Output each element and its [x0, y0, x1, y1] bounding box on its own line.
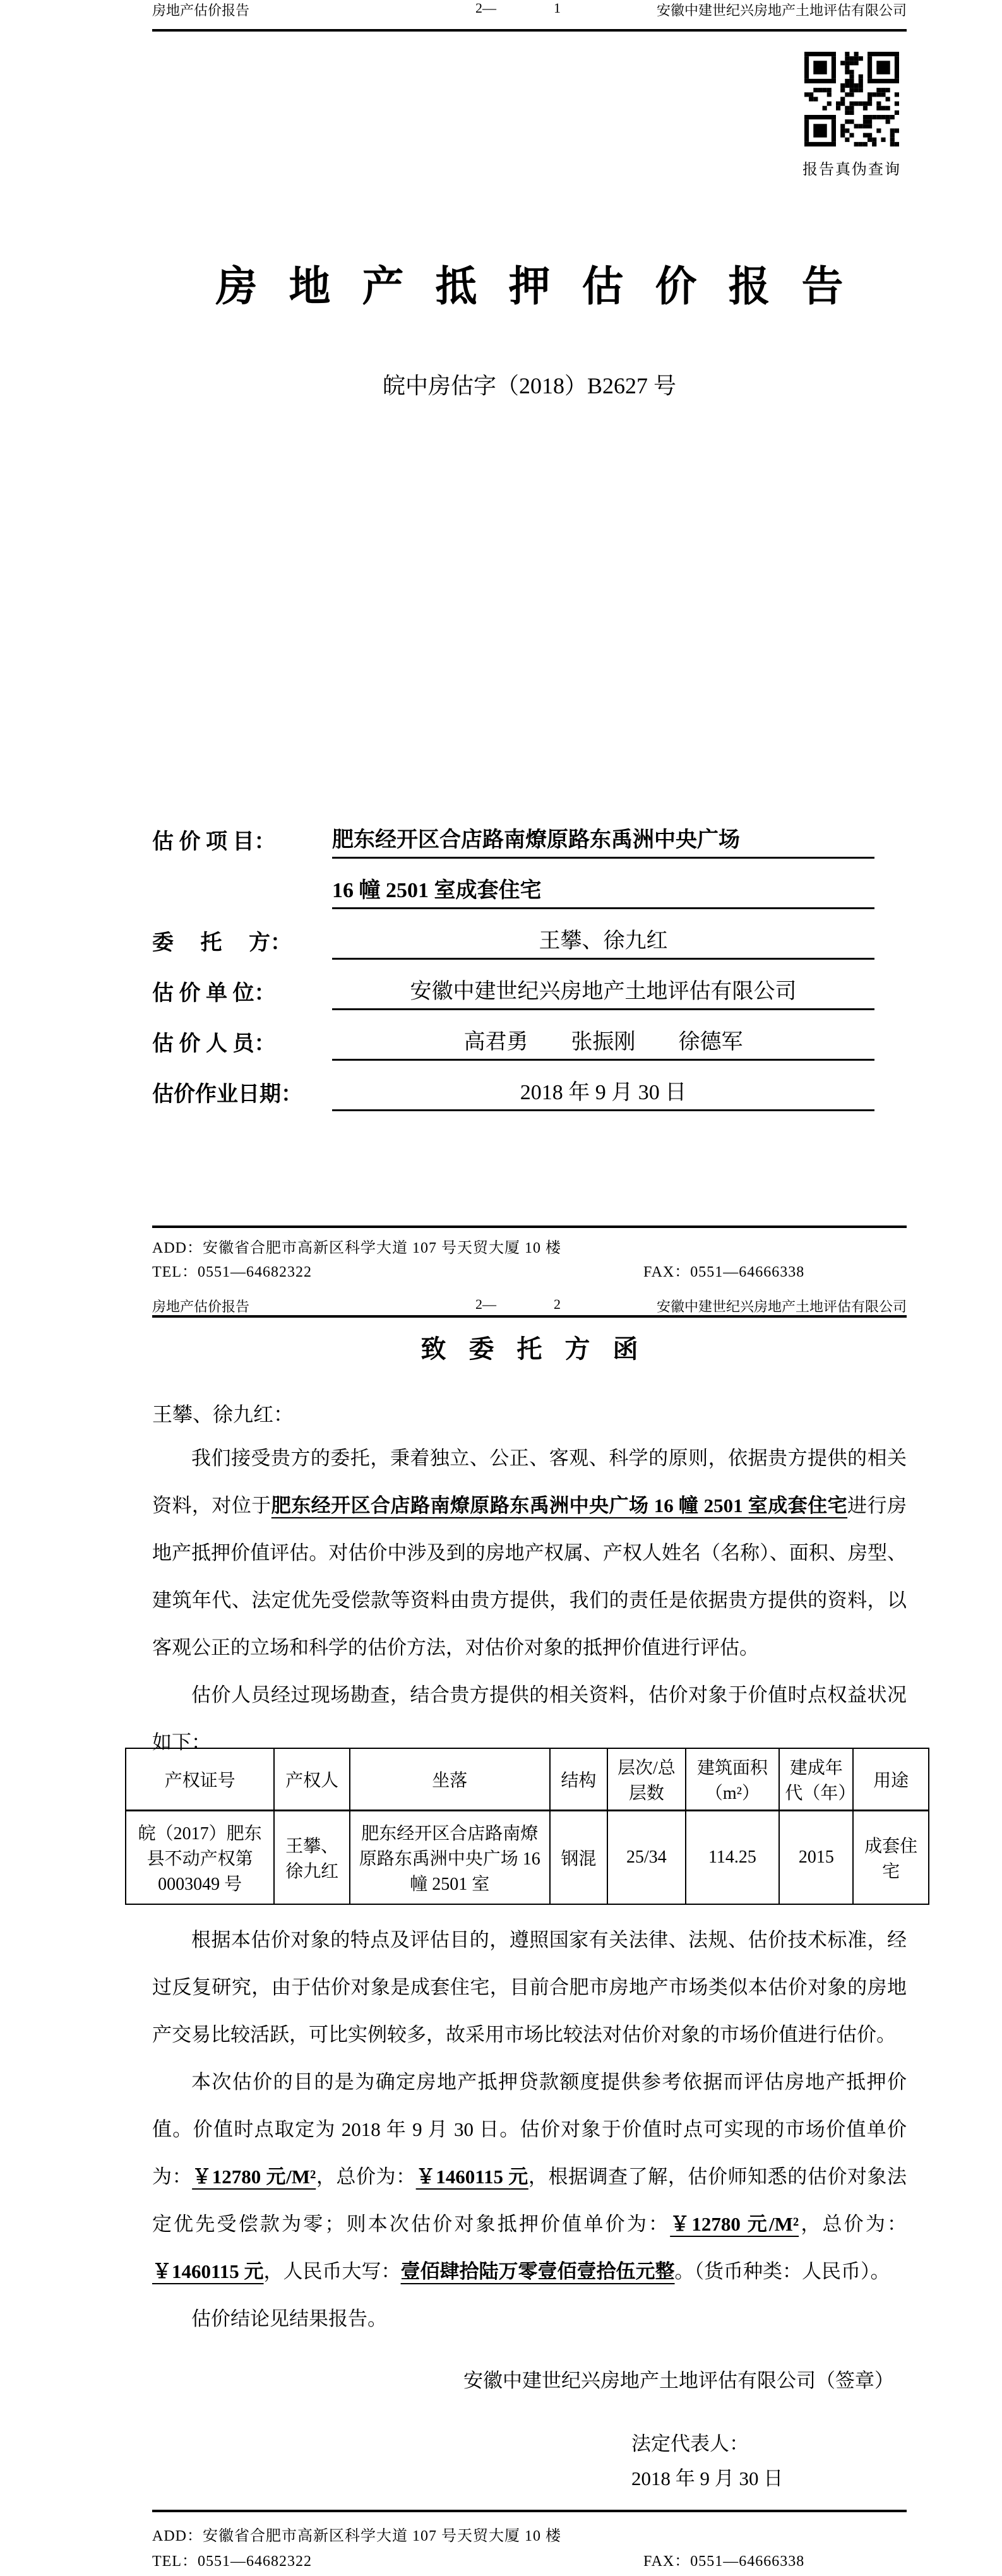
letter-title: 致委托方函 — [152, 1329, 907, 1365]
table-cell: 钢混 — [550, 1811, 608, 1905]
page1-running-header: 房地产估价报告 2— 1 安徽中建世纪兴房地产土地评估有限公司 — [152, 0, 907, 20]
qr-caption: 报告真伪查询 — [801, 157, 903, 179]
paragraph: 根据本估价对象的特点及评估目的，遵照国家有关法律、法规、估价技术标准，经过反复研… — [152, 1916, 907, 2058]
table-cell: 成套住宅 — [853, 1811, 929, 1905]
field-agency-value: 安徽中建世纪兴房地产土地评估有限公司 — [332, 974, 874, 1010]
header-rule — [152, 29, 907, 32]
field-project-cont: 16 幢 2501 室成套住宅 — [152, 859, 874, 909]
closing-date: 2018 年 9 月 30 日 — [631, 2462, 783, 2491]
footer-address: ADD：安徽省合肥市高新区科学大道 107 号天贸大厦 10 楼 — [152, 2523, 907, 2545]
emphasized-text: 肥东经开区合店路南燎原路东禹洲中央广场 16 幢 2501 室成套住宅 — [271, 1494, 847, 1517]
text: 进行房地产抵押价值评估。对估价中涉及到的房地产权属、产权人姓名（名称）、面积、房… — [152, 1494, 907, 1659]
table-header-cell: 建成年代（年） — [779, 1748, 853, 1811]
letter-body-before-table: 我们接受贵方的委托，秉着独立、公正、客观、科学的原则，依据贵方提供的相关资料，对… — [152, 1434, 907, 1766]
table-cell: 王攀、徐九红 — [274, 1811, 350, 1905]
field-agency-label: 估 价 单 位： — [152, 975, 332, 1010]
property-rights-table: 产权证号产权人坐落结构层次/总层数建筑面积（m²）建成年代（年）用途 皖（201… — [125, 1748, 929, 1905]
text: ，总价为： — [316, 2166, 415, 2188]
field-appraisers: 估 价 人 员： 高君勇 张振刚 徐德军 — [152, 1010, 874, 1061]
table-header-cell: 坐落 — [350, 1748, 550, 1811]
paragraph: 估价结论见结果报告。 — [152, 2295, 907, 2342]
field-appraisers-value: 高君勇 张振刚 徐德军 — [332, 1024, 874, 1061]
table-header-cell: 产权证号 — [126, 1748, 274, 1811]
field-client-value: 王攀、徐九红 — [332, 923, 874, 960]
table-header-cell: 层次/总层数 — [607, 1748, 685, 1811]
page-2: 房地产估价报告 2— 2 安徽中建世纪兴房地产土地评估有限公司 致委托方函 王攀… — [0, 1294, 1002, 2576]
field-agency: 估 价 单 位： 安徽中建世纪兴房地产土地评估有限公司 — [152, 960, 874, 1010]
field-project-value-line2: 16 幢 2501 室成套住宅 — [332, 873, 874, 909]
report-document: { "page1": { "header": { "doc_label": "房… — [0, 0, 1002, 2576]
header-company-name: 安徽中建世纪兴房地产土地评估有限公司 — [657, 1296, 907, 1316]
header-company-name: 安徽中建世纪兴房地产土地评估有限公司 — [657, 0, 907, 20]
table-cell: 25/34 — [607, 1811, 685, 1905]
text: 估价结论见结果报告。 — [191, 2308, 387, 2330]
header-page-prefix: 2— — [475, 0, 496, 16]
footer-tel: TEL：0551—64682322 — [152, 1264, 312, 1280]
report-number: 皖中房估字（2018）B2627 号 — [152, 368, 907, 400]
table-header-cell: 结构 — [550, 1748, 608, 1811]
emphasized-text: 壹佰肆拾陆万零壹佰壹拾伍元整 — [401, 2260, 675, 2282]
field-date-label: 估价作业日期： — [152, 1076, 332, 1111]
letter-body-after-table: 根据本估价对象的特点及评估目的，遵照国家有关法律、法规、估价技术标准，经过反复研… — [152, 1916, 907, 2342]
table-header-cell: 产权人 — [274, 1748, 350, 1811]
text: 估价人员经过现场勘查，结合贵方提供的相关资料，估价对象于价值时点权益状况如下： — [152, 1684, 907, 1753]
field-project-value-line1: 肥东经开区合店路南燎原路东禹洲中央广场 — [332, 822, 874, 859]
page2-running-header: 房地产估价报告 2— 2 安徽中建世纪兴房地产土地评估有限公司 — [152, 1296, 907, 1316]
footer-telfax: TEL：0551—64682322 FAX：0551—64666338 — [152, 1259, 907, 1281]
field-client-label: 委 托 方： — [152, 925, 332, 960]
table-row: 皖（2017）肥东县不动产权第 0003049 号王攀、徐九红肥东经开区合店路南… — [126, 1811, 929, 1905]
paragraph: 我们接受贵方的委托，秉着独立、公正、客观、科学的原则，依据贵方提供的相关资料，对… — [152, 1434, 907, 1671]
field-project-label-spacer — [152, 905, 332, 909]
table-cell: 皖（2017）肥东县不动产权第 0003049 号 — [126, 1811, 274, 1905]
table-cell: 2015 — [779, 1811, 853, 1905]
emphasized-text: ￥12780 元/M² — [670, 2213, 799, 2235]
footer-tel: TEL：0551—64682322 — [152, 2553, 312, 2570]
footer-rule — [152, 1225, 907, 1228]
table-header-cell: 建筑面积（m²） — [686, 1748, 780, 1811]
footer-fax: FAX：0551—64666338 — [643, 2548, 804, 2570]
footer-rule — [152, 2510, 907, 2512]
header-doc-label: 房地产估价报告 — [152, 1296, 249, 1316]
letter-salutation: 王攀、徐九红： — [152, 1398, 294, 1428]
field-date-value: 2018 年 9 月 30 日 — [332, 1075, 874, 1111]
table-header-cell: 用途 — [853, 1748, 929, 1811]
text: 。（货币种类：人民币）。 — [675, 2260, 890, 2282]
report-title: 房地产抵押估价报告 — [152, 253, 907, 313]
cover-fields: 估 价 项 目： 肥东经开区合店路南燎原路东禹洲中央广场 16 幢 2501 室… — [152, 808, 874, 1111]
closing-legal-representative: 法定代表人： — [631, 2428, 749, 2456]
emphasized-text: ￥12780 元/M² — [192, 2166, 316, 2188]
footer-fax: FAX：0551—64666338 — [643, 1259, 804, 1281]
page-1: 房地产估价报告 2— 1 安徽中建世纪兴房地产土地评估有限公司 报告真伪查询 房… — [0, 0, 1002, 1294]
field-project-label: 估 价 项 目： — [152, 824, 332, 859]
footer-address: ADD：安徽省合肥市高新区科学大道 107 号天贸大厦 10 楼 — [152, 1235, 907, 1257]
table-cell: 114.25 — [686, 1811, 780, 1905]
text: 根据本估价对象的特点及评估目的，遵照国家有关法律、法规、估价技术标准，经过反复研… — [152, 1929, 907, 2046]
header-doc-label: 房地产估价报告 — [152, 0, 249, 20]
field-project: 估 价 项 目： 肥东经开区合店路南燎原路东禹洲中央广场 — [152, 808, 874, 859]
table-body: 皖（2017）肥东县不动产权第 0003049 号王攀、徐九红肥东经开区合店路南… — [126, 1811, 929, 1905]
qr-code-image — [804, 52, 899, 146]
closing-company-seal: 安徽中建世纪兴房地产土地评估有限公司（签章） — [152, 2364, 907, 2393]
header-page-number: 2 — [554, 1296, 561, 1313]
paragraph: 本次估价的目的是为确定房地产抵押贷款额度提供参考依据而评估房地产抵押价值。价值时… — [152, 2058, 907, 2295]
header-page-number: 1 — [554, 0, 561, 16]
field-client: 委 托 方： 王攀、徐九红 — [152, 909, 874, 960]
text: ，总价为： — [799, 2213, 907, 2235]
field-appraisers-label: 估 价 人 员： — [152, 1026, 332, 1061]
table-cell: 肥东经开区合店路南燎原路东禹洲中央广场 16 幢 2501 室 — [350, 1811, 550, 1905]
header-page-prefix: 2— — [475, 1296, 496, 1313]
field-date: 估价作业日期： 2018 年 9 月 30 日 — [152, 1061, 874, 1111]
emphasized-text: ￥1460115 元 — [152, 2260, 264, 2282]
table-header-row: 产权证号产权人坐落结构层次/总层数建筑面积（m²）建成年代（年）用途 — [126, 1748, 929, 1811]
emphasized-text: ￥1460115 元 — [416, 2166, 528, 2188]
footer-telfax: TEL：0551—64682322 FAX：0551—64666338 — [152, 2548, 907, 2570]
header-rule — [152, 1315, 907, 1318]
text: ，人民币大写： — [264, 2260, 401, 2282]
